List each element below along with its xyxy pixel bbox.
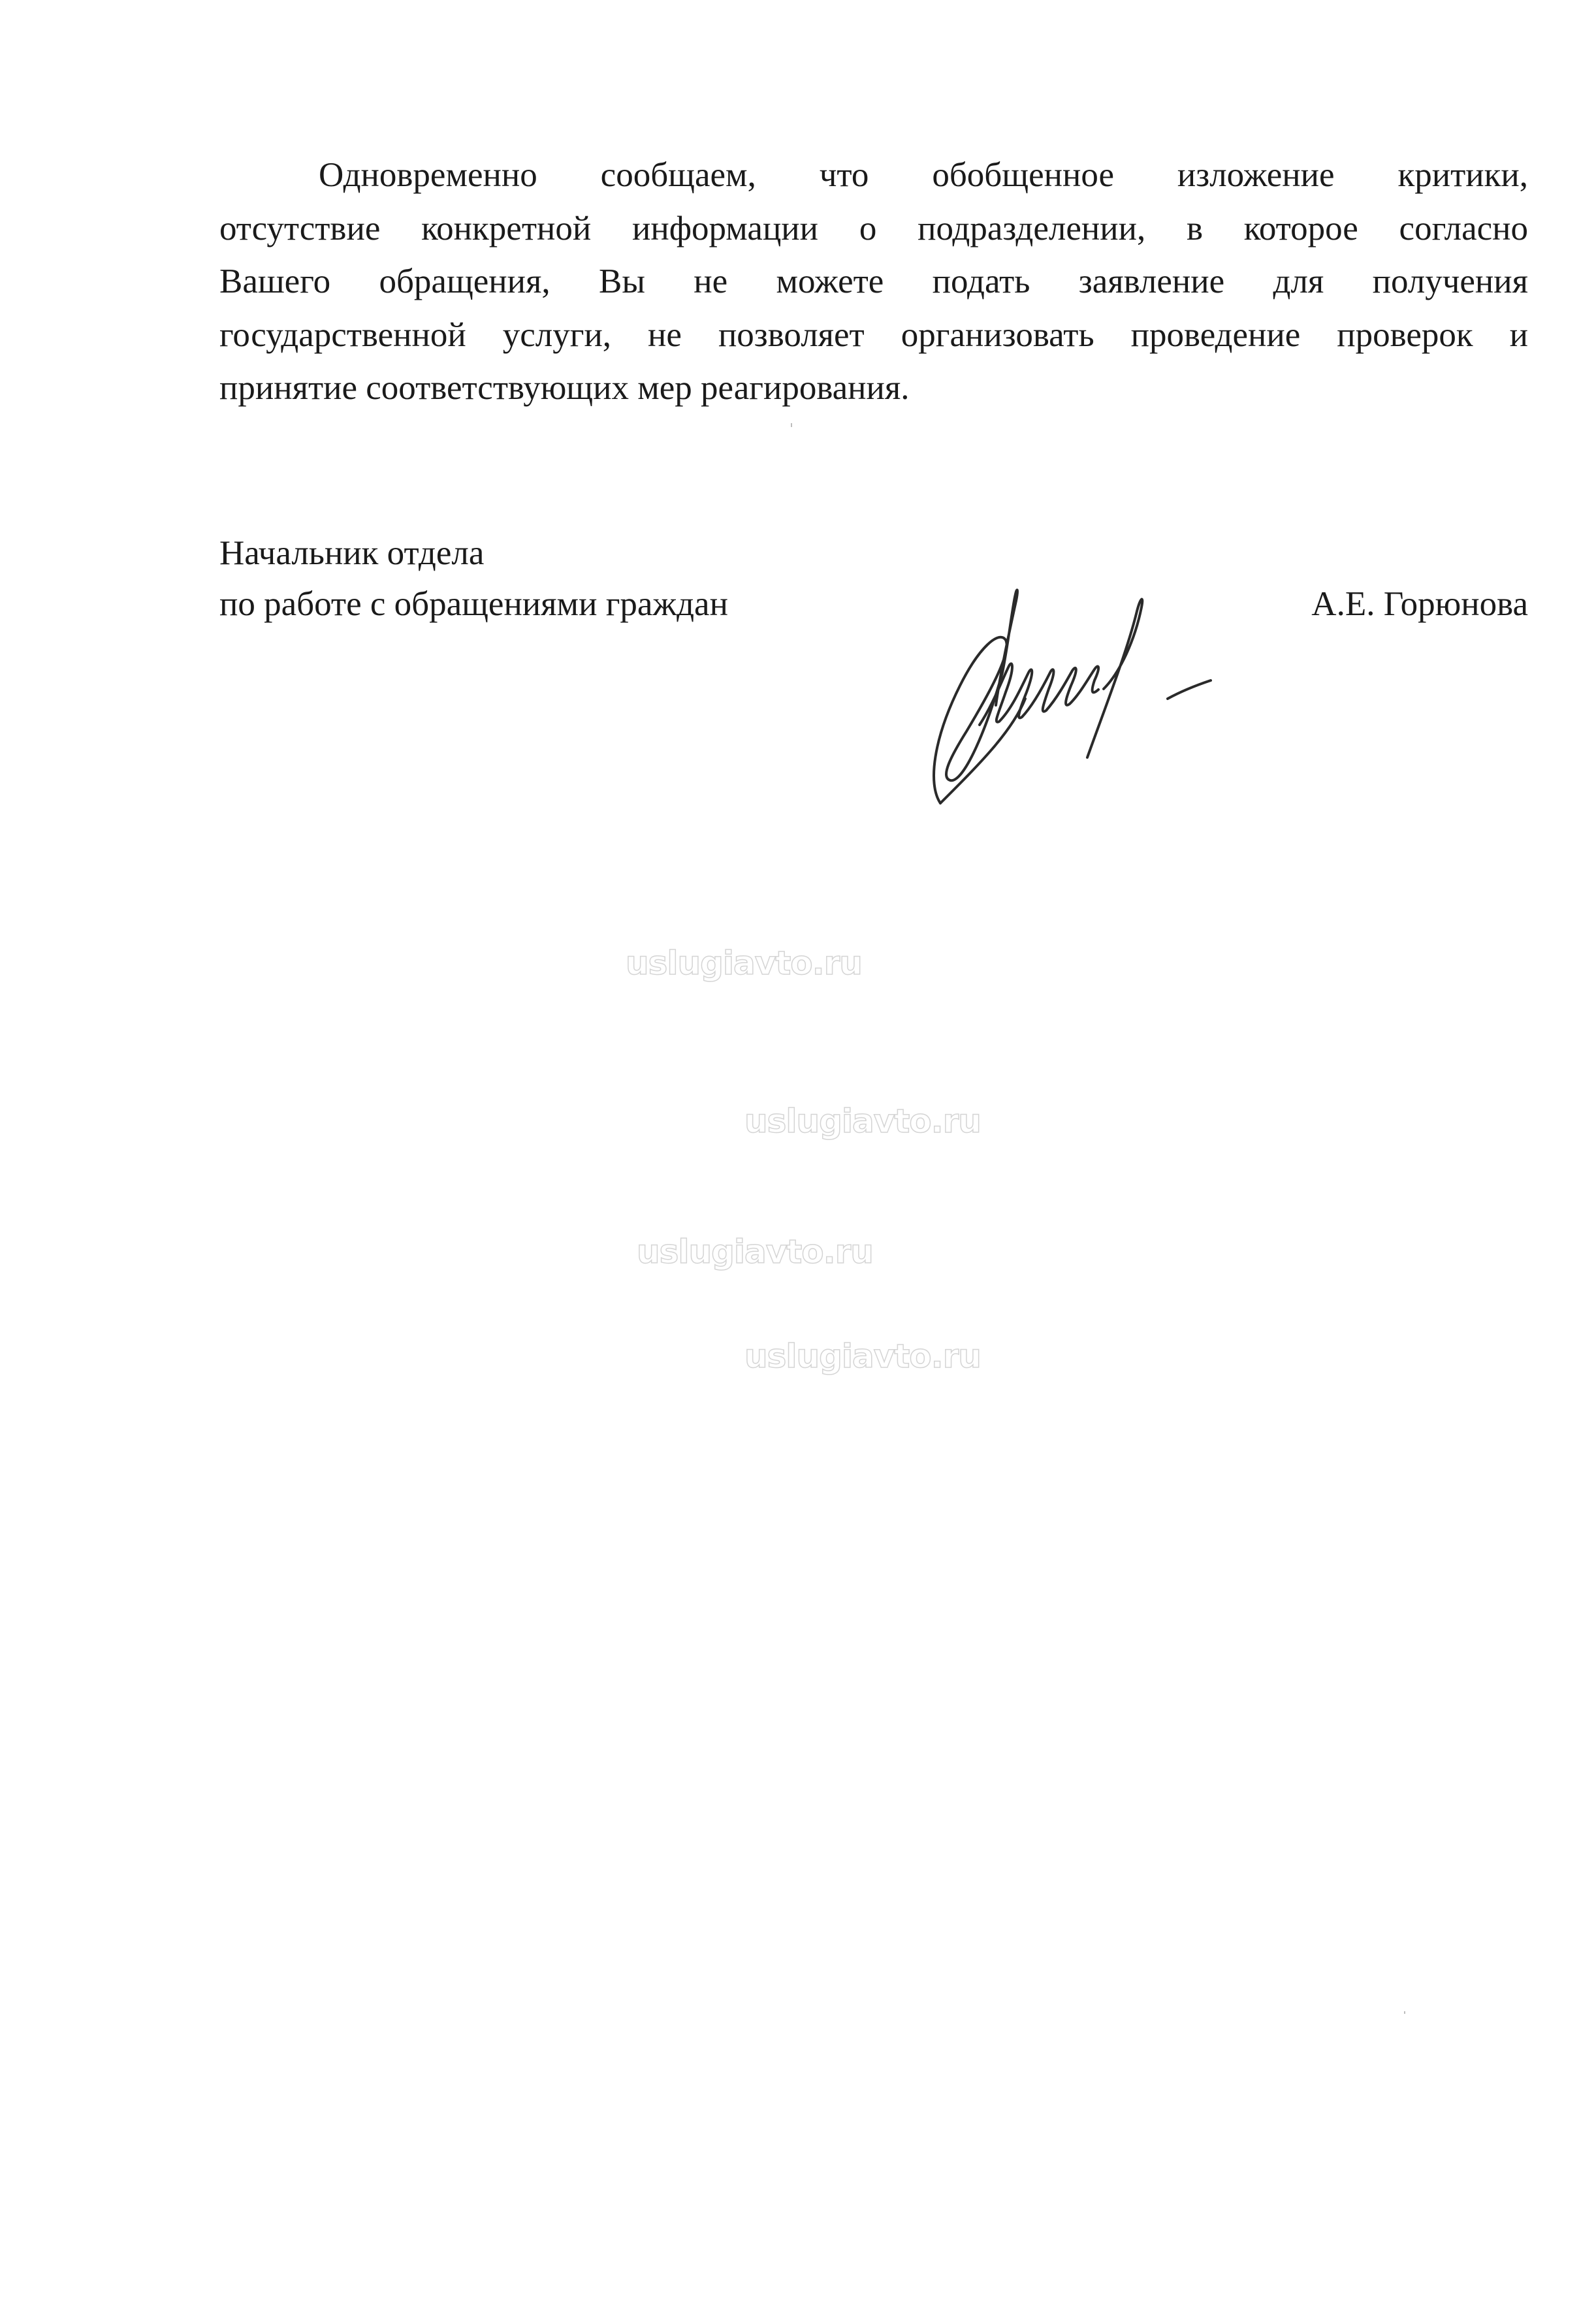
paragraph-line: принятие соответствующих мер реагировани… — [219, 362, 1528, 415]
watermark: uslugiavto.ru — [744, 1105, 981, 1138]
watermark: uslugiavto.ru — [744, 1340, 981, 1373]
paragraph-line: Вашего обращения, Вы не можете подать за… — [219, 255, 1528, 309]
position-line: по работе с обращениями граждан — [219, 579, 728, 629]
paragraph-line: Одновременно сообщаем, что обобщенное из… — [219, 149, 1528, 202]
signer-position: Начальник отдела по работе с обращениями… — [219, 528, 728, 629]
scan-speck — [1404, 2011, 1405, 2014]
signer-name: А.Е. Горюнова — [1311, 579, 1528, 629]
watermark: uslugiavto.ru — [626, 947, 862, 979]
position-line: Начальник отдела — [219, 528, 728, 579]
handwritten-signature-icon — [888, 568, 1241, 829]
document-page: Одновременно сообщаем, что обобщенное из… — [0, 0, 1596, 2309]
watermark: uslugiavto.ru — [637, 1235, 873, 1268]
body-paragraph: Одновременно сообщаем, что обобщенное из… — [219, 149, 1528, 415]
paragraph-line: государственной услуги, не позволяет орг… — [219, 309, 1528, 362]
scan-speck — [791, 423, 792, 427]
paragraph-line: отсутствие конкретной информации о подра… — [219, 202, 1528, 256]
